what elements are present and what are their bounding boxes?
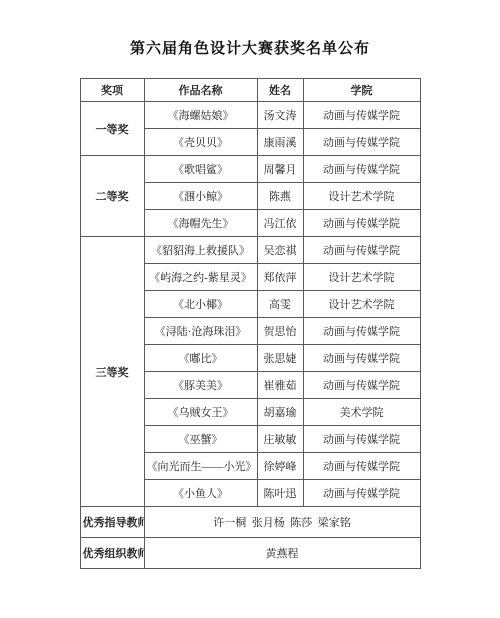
- winner-name-cell: 吴恋祺: [257, 237, 303, 264]
- college-cell: 动画与传媒学院: [303, 210, 420, 237]
- winner-name-cell: 贺思怡: [257, 318, 303, 345]
- work-title-cell: 《貂貂海上救援队》: [144, 237, 257, 264]
- college-cell: 动画与传媒学院: [303, 453, 420, 480]
- college-cell: 动画与传媒学院: [303, 237, 420, 264]
- winner-name-cell: 崔雅茹: [257, 372, 303, 399]
- winner-name-cell: 郑依萍: [257, 264, 303, 291]
- awards-table: 奖项 作品名称 姓名 学院 一等奖《海螺姑娘》汤文涛动画与传媒学院《壳贝贝》康雨…: [80, 78, 421, 569]
- table-row: 二等奖《歌唱鲨》周馨月动画与传媒学院: [80, 156, 420, 183]
- college-cell: 动画与传媒学院: [303, 102, 420, 129]
- college-cell: 动画与传媒学院: [303, 480, 420, 507]
- winner-name-cell: 周馨月: [257, 156, 303, 183]
- work-title-cell: 《海帽先生》: [144, 210, 257, 237]
- work-title-cell: 《嘟比》: [144, 345, 257, 372]
- winner-name-cell: 徐婷峰: [257, 453, 303, 480]
- college-cell: 设计艺术学院: [303, 291, 420, 318]
- table-row: 优秀指导教师许一桐 张月杨 陈莎 梁家铭: [80, 507, 420, 538]
- work-title-cell: 《海螺姑娘》: [144, 102, 257, 129]
- college-cell: 动画与传媒学院: [303, 129, 420, 156]
- winner-name-cell: 陈燕: [257, 183, 303, 210]
- college-cell: 动画与传媒学院: [303, 345, 420, 372]
- table-row: 一等奖《海螺姑娘》汤文涛动画与传媒学院: [80, 102, 420, 129]
- work-title-cell: 《壳贝贝》: [144, 129, 257, 156]
- college-cell: 美术学院: [303, 399, 420, 426]
- work-title-cell: 《向光而生——小光》: [144, 453, 257, 480]
- header-award: 奖项: [80, 79, 144, 102]
- college-cell: 设计艺术学院: [303, 183, 420, 210]
- winner-name-cell: 高雯: [257, 291, 303, 318]
- work-title-cell: 《浔陆·沧海珠泪》: [144, 318, 257, 345]
- work-title-cell: 《豚美美》: [144, 372, 257, 399]
- award-group-cell: 一等奖: [80, 102, 144, 156]
- college-cell: 设计艺术学院: [303, 264, 420, 291]
- work-title-cell: 《歌唱鲨》: [144, 156, 257, 183]
- winner-name-cell: 汤文涛: [257, 102, 303, 129]
- footer-value-cell: 黄燕程: [144, 538, 420, 569]
- college-cell: 动画与传媒学院: [303, 426, 420, 453]
- award-group-cell: 三等奖: [80, 237, 144, 507]
- winner-name-cell: 庄敏敏: [257, 426, 303, 453]
- college-cell: 动画与传媒学院: [303, 156, 420, 183]
- awards-table-header: 奖项 作品名称 姓名 学院: [80, 79, 420, 102]
- page-title: 第六届角色设计大赛获奖名单公布: [0, 0, 500, 58]
- work-title-cell: 《北小椰》: [144, 291, 257, 318]
- work-title-cell: 《屿海之约-紫星灵》: [144, 264, 257, 291]
- table-row: 优秀组织教师黄燕程: [80, 538, 420, 569]
- work-title-cell: 《乌贼女王》: [144, 399, 257, 426]
- work-title-cell: 《小鱼人》: [144, 480, 257, 507]
- table-row: 三等奖《貂貂海上救援队》吴恋祺动画与传媒学院: [80, 237, 420, 264]
- winner-name-cell: 冯江依: [257, 210, 303, 237]
- document-page: 第六届角色设计大赛获奖名单公布 奖项 作品名称 姓名 学院 一等奖《海螺姑娘》汤…: [0, 0, 500, 618]
- header-work-title: 作品名称: [144, 79, 257, 102]
- header-college: 学院: [303, 79, 420, 102]
- footer-label-cell: 优秀组织教师: [80, 538, 144, 569]
- work-title-cell: 《涠小鲸》: [144, 183, 257, 210]
- college-cell: 动画与传媒学院: [303, 372, 420, 399]
- winner-name-cell: 陈叶迅: [257, 480, 303, 507]
- winner-name-cell: 胡嘉瑜: [257, 399, 303, 426]
- winner-name-cell: 康雨溪: [257, 129, 303, 156]
- work-title-cell: 《巫蟹》: [144, 426, 257, 453]
- header-row: 奖项 作品名称 姓名 学院: [80, 79, 420, 102]
- awards-table-body: 一等奖《海螺姑娘》汤文涛动画与传媒学院《壳贝贝》康雨溪动画与传媒学院二等奖《歌唱…: [80, 102, 420, 569]
- award-group-cell: 二等奖: [80, 156, 144, 237]
- footer-label-cell: 优秀指导教师: [80, 507, 144, 538]
- footer-value-cell: 许一桐 张月杨 陈莎 梁家铭: [144, 507, 420, 538]
- college-cell: 动画与传媒学院: [303, 318, 420, 345]
- header-name: 姓名: [257, 79, 303, 102]
- winner-name-cell: 张思婕: [257, 345, 303, 372]
